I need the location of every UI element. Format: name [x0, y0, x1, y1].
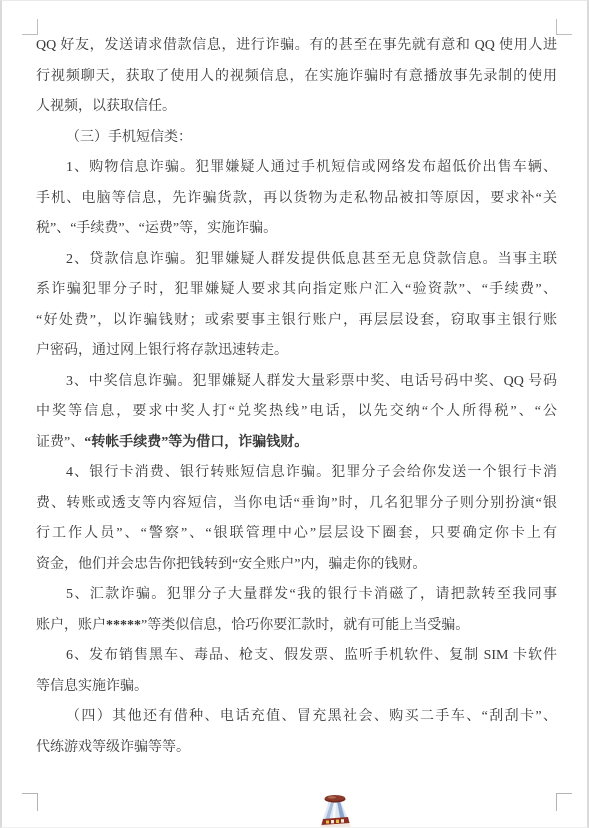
margin-crop-mark-top-right: [556, 19, 572, 35]
text-segment: 户密码，通过网上银行将存款迅速转走。: [36, 343, 288, 358]
text-line: 等信息实施诈骗。: [36, 672, 557, 703]
text-line: 证费”、“转帐手续费”等为借口，诈骗钱财。: [36, 428, 557, 459]
text-line: 2、贷款信息诈骗。犯罪嫌疑人群发提供低息甚至无息贷款信息。当事主联: [36, 245, 557, 276]
text-line: 账户，账户*****”等类似信息，恰巧你要汇款时，就有可能上当受骗。: [36, 611, 557, 642]
text-line: （四）其他还有借种、电话充值、冒充黑社会、购买二手车、“刮刮卡”、: [36, 702, 557, 733]
text-line: 行视频聊天，获取了使用人的视频信息，在实施诈骗时有意播放事先录制的使用: [36, 62, 557, 93]
text-segment: 账户，账户: [36, 618, 106, 633]
text-segment: QQ 好友，发送请求借款信息，进行诈骗。有的甚至在事先就有意和 QQ 使用人进: [36, 38, 557, 53]
text-body: QQ 好友，发送请求借款信息，进行诈骗。有的甚至在事先就有意和 QQ 使用人进行…: [36, 31, 557, 763]
text-segment: 手机、电脑等信息，先诈骗货款，再以货物为走私物品被扣等原因，要求补“关: [36, 191, 557, 206]
text-line: 6、发布销售黑车、毒品、枪支、假发票、监听手机软件、复制 SIM 卡软件: [36, 641, 557, 672]
bottle-image: [314, 794, 356, 828]
text-line: “好处费”，以诈骗钱财；或索要事主银行账户，再层层设套，窃取事主银行账: [36, 306, 557, 337]
margin-crop-mark-bottom-left: [22, 793, 38, 811]
text-segment: 代练游戏等级诈骗等等。: [36, 740, 190, 755]
text-segment: “好处费”，以诈骗钱财；或索要事主银行账户，再层层设套，窃取事主银行账: [36, 313, 557, 328]
text-segment: 系诈骗犯罪分子时，犯罪嫌疑人要求其向指定账户汇入“验资款”、“手续费”、: [36, 282, 557, 297]
text-segment: 等信息实施诈骗。: [36, 679, 148, 694]
text-line: 3、中奖信息诈骗。犯罪嫌疑人群发大量彩票中奖、电话号码中奖、QQ 号码: [36, 367, 557, 398]
text-line: 代练游戏等级诈骗等等。: [36, 733, 557, 764]
text-segment: 中奖等信息，要求中奖人打“兑奖热线”电话，以先交纳“个人所得税”、“公: [36, 404, 557, 419]
text-segment: （三）手机短信类：: [66, 130, 192, 145]
text-segment: 人视频，以获取信任。: [36, 99, 176, 114]
text-line: 中奖等信息，要求中奖人打“兑奖热线”电话，以先交纳“个人所得税”、“公: [36, 397, 557, 428]
text-line: 手机、电脑等信息，先诈骗货款，再以货物为走私物品被扣等原因，要求补“关: [36, 184, 557, 215]
text-segment: 6、发布销售黑车、毒品、枪支、假发票、监听手机软件、复制 SIM 卡软件: [66, 648, 557, 663]
text-segment: 3、中奖信息诈骗。犯罪嫌疑人群发大量彩票中奖、电话号码中奖、QQ 号码: [66, 374, 557, 389]
text-line: 行工作人员”、“警察”、“银联管理中心”层层设下圈套，只要确定你卡上有: [36, 519, 557, 550]
text-segment: ”等类似信息，恰巧你要汇款时，就有可能上当受骗。: [141, 618, 469, 633]
text-segment: 2、贷款信息诈骗。犯罪嫌疑人群发提供低息甚至无息贷款信息。当事主联: [66, 252, 557, 267]
text-line: 费、转账或透支等内容短信，当你电话“垂询”时，几名犯罪分子则分别扮演“银: [36, 489, 557, 520]
text-line: 资金，他们并会忠告你把钱转到“安全账户”内，骗走你的钱财。: [36, 550, 557, 581]
text-line: 税”、“手续费”、“运费”等，实施诈骗。: [36, 214, 557, 245]
text-line: （三）手机短信类：: [36, 123, 557, 154]
text-line: 人视频，以获取信任。: [36, 92, 557, 123]
text-segment: 税”、“手续费”、“运费”等，实施诈骗。: [36, 221, 277, 236]
text-segment-bold: “转帐手续费”等为借口，诈骗钱财。: [84, 435, 308, 450]
text-segment: 证费”、: [36, 435, 84, 450]
text-segment: （四）其他还有借种、电话充值、冒充黑社会、购买二手车、“刮刮卡”、: [66, 709, 557, 724]
text-line: 户密码，通过网上银行将存款迅速转走。: [36, 336, 557, 367]
text-segment: 行工作人员”、“警察”、“银联管理中心”层层设下圈套，只要确定你卡上有: [36, 526, 557, 541]
text-line: 5、汇款诈骗。犯罪分子大量群发“我的银行卡消磁了，请把款转至我同事: [36, 580, 557, 611]
text-segment: 5、汇款诈骗。犯罪分子大量群发“我的银行卡消磁了，请把款转至我同事: [66, 587, 557, 602]
text-segment-bold: *****: [106, 618, 141, 633]
text-segment: 行视频聊天，获取了使用人的视频信息，在实施诈骗时有意播放事先录制的使用: [36, 69, 557, 84]
text-line: QQ 好友，发送请求借款信息，进行诈骗。有的甚至在事先就有意和 QQ 使用人进: [36, 31, 557, 62]
margin-crop-mark-bottom-right: [556, 793, 572, 811]
text-segment: 4、银行卡消费、银行转账短信息诈骗。犯罪分子会给你发送一个银行卡消: [66, 465, 557, 480]
text-line: 1、购物信息诈骗。犯罪嫌疑人通过手机短信或网络发布超低价出售车辆、: [36, 153, 557, 184]
text-segment: 费、转账或透支等内容短信，当你电话“垂询”时，几名犯罪分子则分别扮演“银: [36, 496, 557, 511]
text-line: 系诈骗犯罪分子时，犯罪嫌疑人要求其向指定账户汇入“验资款”、“手续费”、: [36, 275, 557, 306]
document-page: QQ 好友，发送请求借款信息，进行诈骗。有的甚至在事先就有意和 QQ 使用人进行…: [0, 0, 589, 828]
text-line: 4、银行卡消费、银行转账短信息诈骗。犯罪分子会给你发送一个银行卡消: [36, 458, 557, 489]
text-segment: 1、购物信息诈骗。犯罪嫌疑人通过手机短信或网络发布超低价出售车辆、: [66, 160, 557, 175]
text-segment: 资金，他们并会忠告你把钱转到“安全账户”内，骗走你的钱财。: [36, 557, 426, 572]
